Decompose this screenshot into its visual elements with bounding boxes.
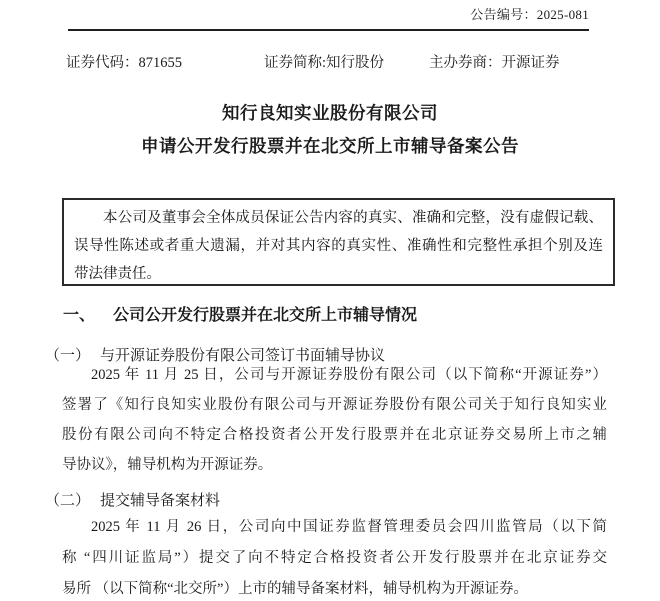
notice-number: 公告编号：2025-081 xyxy=(0,4,589,23)
paragraph-sign-agreement: 2025 年 11 月 25 日，公司与开源证券股份有限公司（以下简称“开源证券… xyxy=(62,360,607,480)
lead-broker: 主办券商：开源证券 xyxy=(429,51,560,72)
section-1-title: 公司公开发行股票并在北交所上市辅导情况 xyxy=(113,307,417,324)
stock-short-name: 证券简称:知行股份 xyxy=(264,51,384,72)
subsection-2-number: （二） xyxy=(45,493,90,509)
paragraph-filing-materials: 2025 年 11 月 26 日，公司向中国证券监督管理委员会四川监管局（以下简… xyxy=(62,512,607,601)
announcement-title: 申请公开发行股票并在北交所上市辅导备案公告 xyxy=(0,130,660,163)
subsection-2-title: 提交辅导备案材料 xyxy=(100,493,220,509)
paragraph-line: 导协议》，辅导机构为开源证券。 xyxy=(62,450,607,480)
disclaimer-box: 本公司及董事会全体成员保证公告内容的真实、准确和完整，没有虚假记载、 误导性陈述… xyxy=(62,198,615,286)
paragraph-line: 易所 （以下简称“北交所”）上市的辅导备案材料，辅导机构为开源证券。 xyxy=(62,574,607,601)
paragraph-line: 签署了《知行良知实业股份有限公司与开源证券股份有限公司关于知行良知实业 xyxy=(62,390,607,420)
paragraph-line: 称 “四川证监局”）提交了向不特定合格投资者公开发行股票并在北京证券交 xyxy=(62,543,607,574)
disclaimer-line: 带法律责任。 xyxy=(74,260,603,286)
header-divider-line xyxy=(68,29,589,31)
paragraph-line: 2025 年 11 月 26 日，公司向中国证券监督管理委员会四川监管局（以下简 xyxy=(62,512,607,543)
company-name-title: 知行良知实业股份有限公司 xyxy=(0,97,660,130)
document-title: 知行良知实业股份有限公司 申请公开发行股票并在北交所上市辅导备案公告 xyxy=(0,97,660,163)
paragraph-line: 2025 年 11 月 25 日，公司与开源证券股份有限公司（以下简称“开源证券… xyxy=(62,360,607,390)
stock-code: 证券代码：871655 xyxy=(66,51,182,72)
announcement-page: 公告编号：2025-081 证券代码：871655 证券简称:知行股份 主办券商… xyxy=(0,0,660,601)
section-1-heading: 一、公司公开发行股票并在北交所上市辅导情况 xyxy=(63,302,417,325)
disclaimer-line: 本公司及董事会全体成员保证公告内容的真实、准确和完整，没有虚假记载、 xyxy=(74,204,603,232)
section-1-number: 一、 xyxy=(63,307,95,324)
disclaimer-line: 误导性陈述或者重大遗漏，并对其内容的真实性、准确性和完整性承担个别及连 xyxy=(74,232,603,260)
paragraph-line: 股份有限公司向不特定合格投资者公开发行股票并在北京证券交易所上市之辅 xyxy=(62,420,607,450)
subsection-2-heading: （二）提交辅导备案材料 xyxy=(45,489,220,510)
